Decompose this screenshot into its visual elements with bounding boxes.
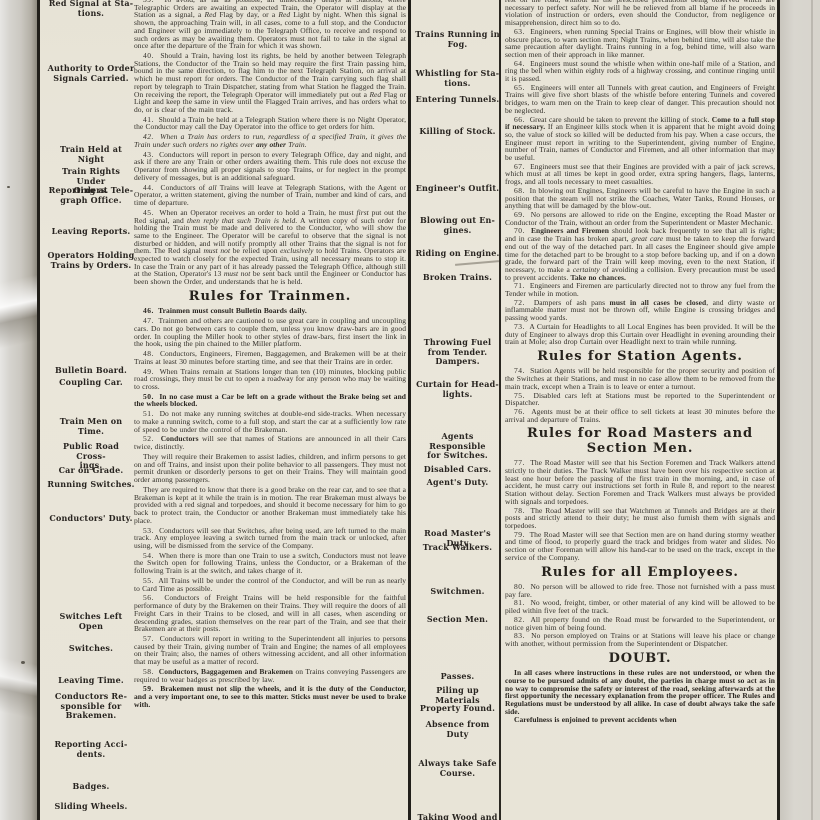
margin-label: Authority to OrderSignals Carried.: [47, 64, 135, 83]
rule-number: 80.: [514, 582, 525, 591]
margin-label: Switchmen.: [415, 587, 500, 597]
margin-label: Section Men.: [415, 615, 500, 625]
rule-paragraph: They are required to know that there is …: [134, 486, 406, 525]
margin-label: Car on Grade.: [47, 466, 135, 476]
margin-label: Passes.: [415, 672, 500, 682]
margin-label: Property Found.: [415, 704, 500, 714]
column-left: Red Signal at Sta-tions.Authority to Ord…: [41, 0, 408, 820]
rule-number: 77.: [514, 458, 525, 467]
rule-number: 54.: [143, 551, 154, 560]
paper-speck: [7, 186, 10, 188]
margin-label: Switches Left Open: [47, 612, 135, 631]
margin-label: Absence from Duty: [415, 720, 500, 739]
margin-label: Red Signal at Sta-tions.: [47, 0, 135, 18]
rule-42: 42. When a Train has orders to run, rega…: [134, 133, 406, 148]
section-heading: Rules for Road Masters and Section Men.: [505, 427, 775, 456]
rule-number: 53.: [143, 526, 154, 535]
rule-number: 50.: [143, 392, 154, 401]
rule-number: 74.: [514, 366, 525, 375]
rule-47: 47. Trainmen and others are cautioned to…: [134, 317, 406, 348]
book-edge-left: [0, 0, 38, 820]
margin-label: Badges.: [47, 782, 135, 792]
rule-number: 79.: [514, 530, 525, 539]
margin-label: Entering Tunnels.: [415, 95, 500, 105]
rule-56: 56. Conductors of Freight Trains will be…: [134, 594, 406, 633]
page-margin-right: [780, 0, 820, 820]
rule-number: 72.: [514, 298, 525, 307]
margin-label: Trains Running inFog.: [415, 30, 500, 49]
margin-label: Agent's Duty.: [415, 478, 500, 488]
rule-paragraph: They will require their Brakemen to assi…: [134, 453, 406, 484]
margin-label: Disabled Cars.: [415, 465, 500, 475]
rule-54: 54. When there is more than one Train to…: [134, 552, 406, 575]
margin-label: Bulletin Board.: [47, 366, 135, 376]
margin-label: Running Switches.: [47, 480, 135, 490]
rule-number: 63.: [514, 27, 525, 36]
page-border-left: [37, 0, 40, 820]
rule-78: 78. The Road Master will see that Watchm…: [505, 507, 775, 530]
rule-69: 69. No persons are allowed to ride on th…: [505, 211, 775, 226]
margin-label: Track Walkers.: [415, 543, 500, 553]
rule-64: 64. Engineers must sound the whistle whe…: [505, 60, 775, 83]
margin-label: Train Men on Time.: [47, 417, 135, 436]
rule-number: 57.: [143, 634, 154, 643]
rule-number: 55.: [143, 576, 154, 585]
section-heading: DOUBT.: [505, 652, 775, 667]
rule-70: 70. Engineers and Firemen should look ba…: [505, 227, 775, 281]
margin-labels-left: Red Signal at Sta-tions.Authority to Ord…: [47, 0, 135, 820]
rule-80: 80. No person will be allowed to ride fr…: [505, 583, 775, 598]
margin-label: Riding on Engine.: [415, 249, 500, 259]
rule-58: 58. Conductors, Baggagemen and Brakemen …: [134, 668, 406, 683]
margin-label: Blowing out En-gines.: [415, 216, 500, 235]
rule-number: 42.: [143, 132, 154, 141]
margin-label: Curtain for Head-lights.: [415, 380, 500, 399]
margin-label: Reporting Acci-dents.: [47, 740, 135, 759]
margin-label: Conductors' Duty.: [47, 514, 135, 524]
rule-74: 74. Station Agents will be held responsi…: [505, 367, 775, 390]
rule-67: 67. Engineers must see that their Engine…: [505, 163, 775, 186]
rule-number: 67.: [514, 162, 525, 171]
margin-label: Always take SafeCourse.: [415, 759, 500, 778]
rule-72: 72. Dampers of ash pans must in all case…: [505, 299, 775, 322]
margin-label: Throwing Fuelfrom Tender.: [415, 338, 500, 357]
margin-labels-right: Trains Running inFog.Whistling for Sta-t…: [415, 0, 500, 820]
rule-68: 68. In blowing out Engines, Engineers wi…: [505, 187, 775, 210]
rule-number: 73.: [514, 322, 525, 331]
rule-81: 81. No wood, freight, timber, or other m…: [505, 599, 775, 614]
rule-number: 78.: [514, 506, 525, 515]
rule-63: 63. Engineers, when running Special Trai…: [505, 28, 775, 59]
margin-label: Leaving Reports.: [47, 227, 135, 237]
rule-paragraph: Carefulness is enjoined to prevent accid…: [505, 716, 775, 724]
margin-label: Agents Responsiblefor Switches.: [415, 432, 500, 461]
margin-label: Sliding Wheels.: [47, 802, 135, 812]
margin-label: Conductors Re-sponsible forBrakemen.: [47, 692, 135, 721]
rule-number: 69.: [514, 210, 525, 219]
rule-number: 59.: [143, 684, 154, 693]
rule-number: 44.: [143, 183, 154, 192]
rule-number: 51.: [143, 409, 154, 418]
section-heading: Rules for Station Agents.: [505, 350, 775, 365]
margin-label: Broken Trains.: [415, 273, 500, 283]
rule-79: 79. The Road Master will see that Sectio…: [505, 531, 775, 562]
rule-number: 52.: [143, 434, 154, 443]
rule-43: 43. Conductors will report in person to …: [134, 151, 406, 182]
rule-number: 49.: [143, 367, 154, 376]
rule-number: 46.: [143, 306, 154, 315]
column-right: Trains Running inFog.Whistling for Sta-t…: [411, 0, 777, 820]
rule-46: 46. Trainmen must consult Bulletin Board…: [134, 307, 406, 315]
rule-number: 39.: [143, 0, 154, 4]
margin-divider-line-right: [499, 0, 501, 820]
margin-label: Leaving Time.: [47, 676, 135, 686]
rule-paragraph: rest on the road, without all the prescr…: [505, 0, 775, 27]
margin-label: Train Held at Night: [47, 145, 135, 164]
rule-66: 66. Great care should be taken to preven…: [505, 116, 775, 162]
rule-65: 65. Engineers will enter all Tunnels wit…: [505, 84, 775, 115]
rule-39: 39. To avoid, as far as possible, all un…: [134, 0, 406, 50]
section-heading: Rules for Trainmen.: [134, 290, 406, 305]
rule-number: 83.: [514, 631, 525, 640]
margin-label: Reporting at Tele-graph Office.: [47, 186, 135, 205]
rulebook-page-scan: Red Signal at Sta-tions.Authority to Ord…: [0, 0, 820, 820]
rule-77: 77. The Road Master will see that his Se…: [505, 459, 775, 505]
rule-number: 75.: [514, 391, 525, 400]
rule-number: 41.: [143, 115, 154, 124]
rule-number: 76.: [514, 407, 525, 416]
rule-number: 58.: [143, 667, 154, 676]
rule-53: 53. Conductors will see that Switches, a…: [134, 527, 406, 550]
margin-label: Killing of Stock.: [415, 127, 500, 137]
section-heading: Rules for all Employees.: [505, 566, 775, 581]
rule-45: 45. When an Operator receives an order t…: [134, 209, 406, 286]
rule-57: 57. Conductors will report in writing to…: [134, 635, 406, 666]
rule-44: 44. Conductors of all Trains will leave …: [134, 184, 406, 207]
rule-number: 47.: [143, 316, 154, 325]
rule-number: 81.: [514, 598, 525, 607]
rule-49: 49. When Trains remain at Stations longe…: [134, 368, 406, 391]
rules-flow-right: rest on the road, without all the prescr…: [505, 0, 775, 725]
margin-label: Coupling Car.: [47, 378, 135, 388]
rule-number: 43.: [143, 150, 154, 159]
margin-label: Dampers.: [415, 357, 500, 367]
rule-number: 70.: [514, 226, 525, 235]
rule-number: 40.: [143, 51, 154, 60]
rule-number: 71.: [514, 281, 525, 290]
rule-73: 73. A Curtain for Headlights to all Loca…: [505, 323, 775, 346]
paper-speck: [21, 661, 25, 664]
rule-40: 40. Should a Train, having lost its righ…: [134, 52, 406, 114]
rule-41: 41. Should a Train be held at a Telegrap…: [134, 116, 406, 131]
rule-59: 59. Brakemen must not slip the wheels, a…: [134, 685, 406, 708]
rule-75: 75. Disabled cars left at Stations must …: [505, 392, 775, 407]
rule-76: 76. Agents must be at their office to se…: [505, 408, 775, 423]
rule-55: 55. All Trains will be under the control…: [134, 577, 406, 592]
rule-number: 64.: [514, 59, 525, 68]
rule-number: 82.: [514, 615, 525, 624]
rule-number: 56.: [143, 593, 154, 602]
margin-label: Whistling for Sta-tions.: [415, 69, 500, 88]
margin-label: Engineer's Outfit.: [415, 184, 500, 194]
rules-flow-left: 39. To avoid, as far as possible, all un…: [134, 0, 406, 711]
rule-51: 51. Do not make any running switches at …: [134, 410, 406, 433]
rule-number: 65.: [514, 83, 525, 92]
rule-83: 83. No person employed on Trains or at S…: [505, 632, 775, 647]
rule-paragraph: In all cases where instructions in these…: [505, 669, 775, 715]
rule-number: 45.: [143, 208, 154, 217]
rule-number: 68.: [514, 186, 525, 195]
rule-number: 48.: [143, 349, 154, 358]
margin-label: Switches.: [47, 644, 135, 654]
rule-82: 82. All property found on the Road must …: [505, 616, 775, 631]
margin-label: Taking Wood and: [415, 813, 500, 820]
rule-52: 52. Conductors will see that names of St…: [134, 435, 406, 450]
rule-48: 48. Conductors, Engineers, Firemen, Bagg…: [134, 350, 406, 365]
rule-71: 71. Engineers and Firemen are particular…: [505, 282, 775, 297]
margin-label: Operators HoldingTrains by Orders.: [47, 251, 135, 270]
rule-50: 50. In no case must a Car be left on a g…: [134, 393, 406, 408]
